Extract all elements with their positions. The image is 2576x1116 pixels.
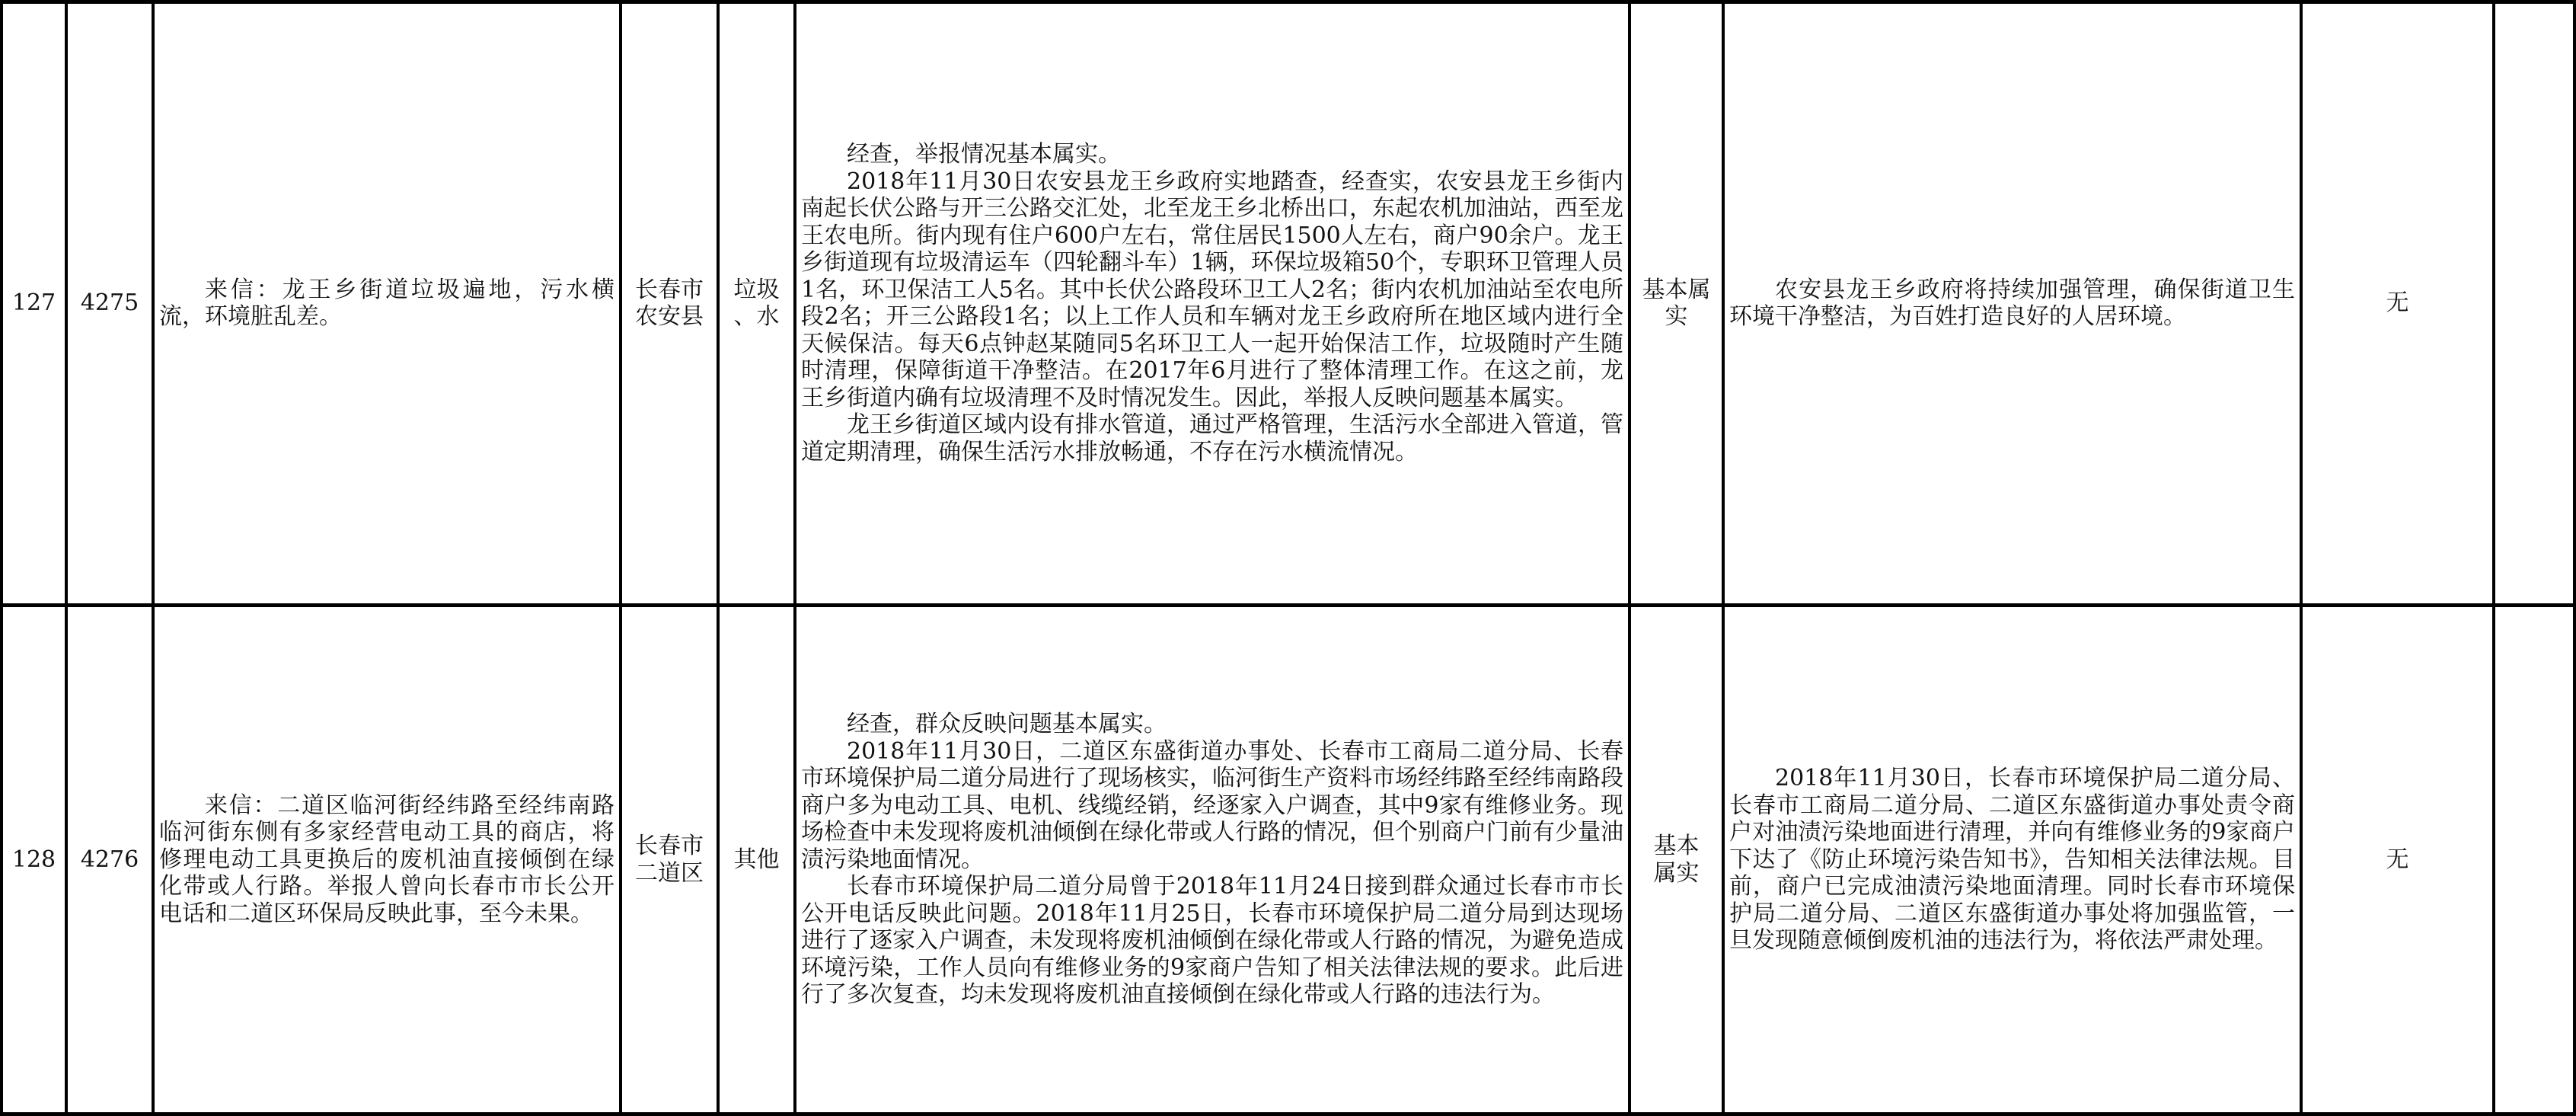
case-number: 4275 — [81, 289, 139, 317]
type-cell: 垃圾 、水 — [720, 3, 793, 603]
verdict-line: 实 — [1642, 303, 1711, 331]
table-row: 127 4275 来信：龙王乡街道垃圾遍地，污水横流，环境脏乱差。 长春市 农安… — [0, 3, 2576, 603]
table-row: 128 4276 来信：二道区临河街经纬路至经纬南路临河街东侧有多家经营电动工具… — [0, 607, 2576, 1112]
seq-cell: 128 — [3, 607, 65, 1112]
findings-cell: 经查，群众反映问题基本属实。 2018年11月30日，二道区东盛街道办事处、长春… — [796, 607, 1628, 1112]
case-no-cell: 4276 — [68, 607, 152, 1112]
verdict-line: 基本属 — [1642, 277, 1711, 304]
verdict-cell: 基本属 实 — [1631, 3, 1722, 603]
case-no-cell: 4275 — [68, 3, 152, 603]
findings-paragraph: 龙王乡街道区域内设有排水管道，通过严格管理，生活污水全部进入管道，管道定期清理，… — [801, 411, 1623, 465]
case-number: 4276 — [81, 846, 139, 874]
region-cell: 长春市 农安县 — [622, 3, 717, 603]
type-line: 垃圾 — [734, 277, 780, 304]
extra-cell — [2495, 3, 2573, 603]
accountability-text: 无 — [2386, 289, 2409, 317]
region-city: 长春市 — [635, 277, 704, 304]
type-line: 、水 — [734, 303, 780, 331]
complaint-cell: 来信：二道区临河街经纬路至经纬南路临河街东侧有多家经营电动工具的商店，将修理电动… — [155, 607, 619, 1112]
accountability-cell: 无 — [2303, 3, 2492, 603]
region-cell: 长春市 二道区 — [622, 607, 717, 1112]
findings-paragraph: 2018年11月30日，二道区东盛街道办事处、长春市工商局二道分局、长春市环境保… — [801, 738, 1623, 874]
region-city: 长春市 — [635, 833, 704, 860]
region-district: 农安县 — [635, 303, 704, 331]
seq-cell: 127 — [3, 3, 65, 603]
table-bottom-border — [0, 1112, 2576, 1116]
complaint-text: 来信：二道区临河街经纬路至经纬南路临河街东侧有多家经营电动工具的商店，将修理电动… — [159, 792, 614, 928]
findings-paragraph: 2018年11月30日农安县龙王乡政府实地踏查，经查实，农安县龙王乡街内南起长伏… — [801, 168, 1623, 412]
seq-number: 127 — [12, 289, 56, 317]
seq-number: 128 — [12, 846, 56, 874]
type-cell: 其他 — [720, 607, 793, 1112]
findings-paragraph: 经查，举报情况基本属实。 — [801, 141, 1623, 168]
findings-paragraph: 长春市环境保护局二道分局曾于2018年11月24日接到群众通过长春市市长公开电话… — [801, 873, 1623, 1009]
findings-paragraph: 经查，群众反映问题基本属实。 — [801, 711, 1623, 738]
verdict-line: 基本 — [1654, 833, 1700, 860]
accountability-text: 无 — [2386, 846, 2409, 874]
verdict-line: 属实 — [1654, 860, 1700, 887]
handling-cell: 2018年11月30日，长春市环境保护局二道分局、长春市工商局二道分局、二道区东… — [1725, 607, 2300, 1112]
verdict-cell: 基本 属实 — [1631, 607, 1722, 1112]
handling-text: 农安县龙王乡政府将持续加强管理，确保街道卫生环境干净整洁，为百姓打造良好的人居环… — [1729, 277, 2295, 331]
findings-cell: 经查，举报情况基本属实。 2018年11月30日农安县龙王乡政府实地踏查，经查实… — [796, 3, 1628, 603]
complaint-text: 来信：龙王乡街道垃圾遍地，污水横流，环境脏乱差。 — [159, 277, 614, 331]
accountability-cell: 无 — [2303, 607, 2492, 1112]
complaint-cell: 来信：龙王乡街道垃圾遍地，污水横流，环境脏乱差。 — [155, 3, 619, 603]
region-district: 二道区 — [635, 860, 704, 887]
handling-text: 2018年11月30日，长春市环境保护局二道分局、长春市工商局二道分局、二道区东… — [1729, 765, 2295, 955]
type-line: 其他 — [734, 846, 780, 874]
extra-cell — [2495, 607, 2573, 1112]
handling-cell: 农安县龙王乡政府将持续加强管理，确保街道卫生环境干净整洁，为百姓打造良好的人居环… — [1725, 3, 2300, 603]
